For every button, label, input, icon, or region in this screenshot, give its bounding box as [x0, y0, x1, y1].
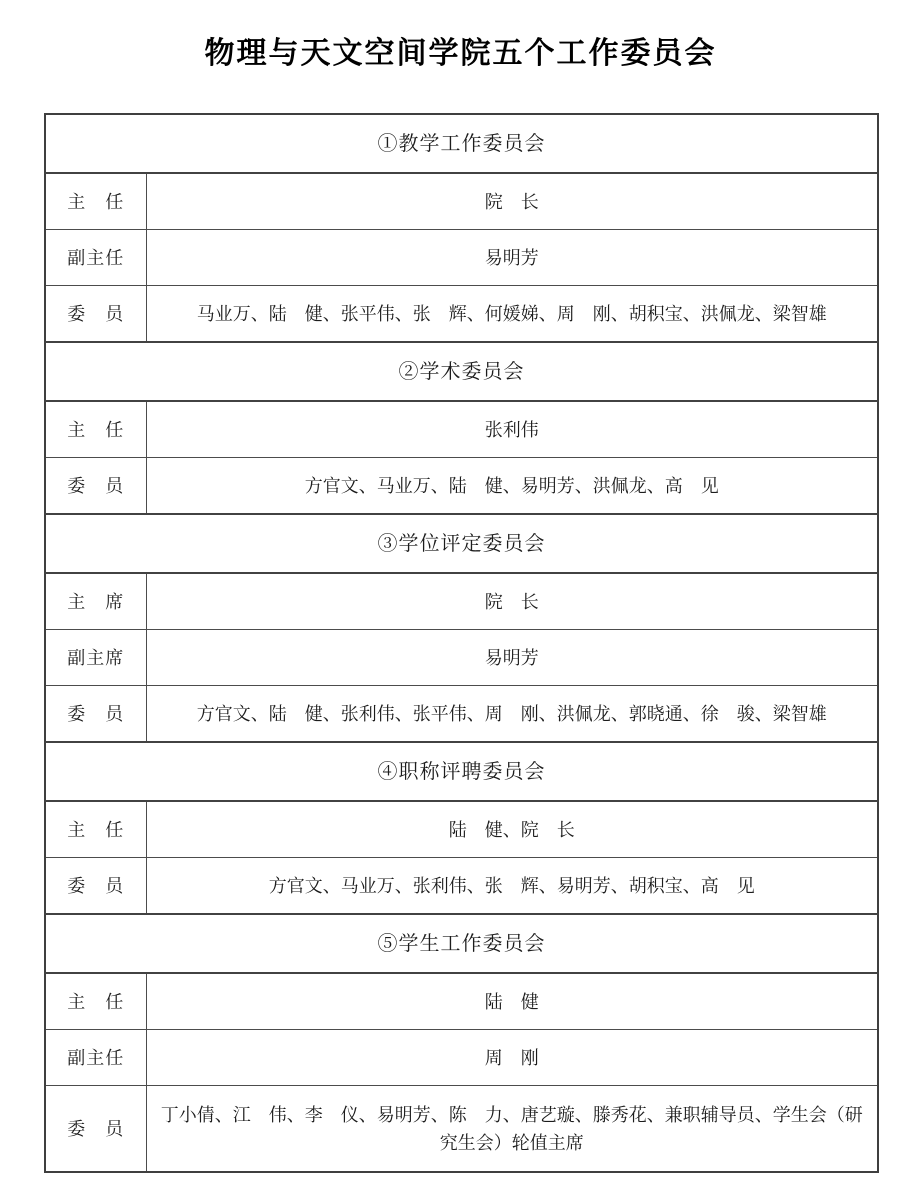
role-value: 周 刚: [146, 1030, 878, 1086]
table-row: 副主任 易明芳: [45, 230, 878, 286]
section-title: ②学术委员会: [45, 342, 878, 401]
role-label: 副主席: [45, 630, 146, 686]
role-label: 委 员: [45, 1086, 146, 1173]
table-row: 主 席 院 长: [45, 573, 878, 630]
table-row: 委 员 方官文、陆 健、张利伟、张平伟、周 刚、洪佩龙、郭晓通、徐 骏、梁智雄: [45, 686, 878, 743]
role-value: 方官文、陆 健、张利伟、张平伟、周 刚、洪佩龙、郭晓通、徐 骏、梁智雄: [146, 686, 878, 743]
role-label: 委 员: [45, 286, 146, 343]
role-value: 丁小倩、江 伟、李 仪、易明芳、陈 力、唐艺璇、滕秀花、兼职辅导员、学生会（研究…: [146, 1086, 878, 1173]
page-title: 物理与天文空间学院五个工作委员会: [0, 28, 921, 72]
table-row: 主 任 张利伟: [45, 401, 878, 458]
role-value: 马业万、陆 健、张平伟、张 辉、何媛娣、周 刚、胡积宝、洪佩龙、梁智雄: [146, 286, 878, 343]
role-value: 陆 健: [146, 973, 878, 1030]
role-value: 易明芳: [146, 630, 878, 686]
role-label: 主 任: [45, 173, 146, 230]
table-row: 委 员 方官文、马业万、张利伟、张 辉、易明芳、胡积宝、高 见: [45, 858, 878, 915]
role-label: 委 员: [45, 858, 146, 915]
section-title: ③学位评定委员会: [45, 514, 878, 573]
role-label: 副主任: [45, 1030, 146, 1086]
role-value: 陆 健、院 长: [146, 801, 878, 858]
table-row: 委 员 丁小倩、江 伟、李 仪、易明芳、陈 力、唐艺璇、滕秀花、兼职辅导员、学生…: [45, 1086, 878, 1173]
section-title: ①教学工作委员会: [45, 114, 878, 173]
section-header-student: ⑤学生工作委员会: [45, 914, 878, 973]
role-label: 主 任: [45, 973, 146, 1030]
role-label: 主 任: [45, 401, 146, 458]
section-header-academic: ②学术委员会: [45, 342, 878, 401]
role-value: 方官文、马业万、张利伟、张 辉、易明芳、胡积宝、高 见: [146, 858, 878, 915]
table-row: 主 任 陆 健、院 长: [45, 801, 878, 858]
role-value: 院 长: [146, 173, 878, 230]
section-title: ⑤学生工作委员会: [45, 914, 878, 973]
section-title: ④职称评聘委员会: [45, 742, 878, 801]
role-label: 主 任: [45, 801, 146, 858]
table-row: 委 员 马业万、陆 健、张平伟、张 辉、何媛娣、周 刚、胡积宝、洪佩龙、梁智雄: [45, 286, 878, 343]
role-label: 委 员: [45, 458, 146, 515]
role-label: 副主任: [45, 230, 146, 286]
section-header-degree: ③学位评定委员会: [45, 514, 878, 573]
table-row: 主 任 院 长: [45, 173, 878, 230]
section-header-title-appointment: ④职称评聘委员会: [45, 742, 878, 801]
table-row: 副主席 易明芳: [45, 630, 878, 686]
role-label: 主 席: [45, 573, 146, 630]
role-value: 方官文、马业万、陆 健、易明芳、洪佩龙、高 见: [146, 458, 878, 515]
role-value: 张利伟: [146, 401, 878, 458]
table-row: 主 任 陆 健: [45, 973, 878, 1030]
committees-table: ①教学工作委员会 主 任 院 长 副主任 易明芳 委 员 马业万、陆 健、张平伟…: [44, 113, 879, 1173]
section-header-teaching: ①教学工作委员会: [45, 114, 878, 173]
table-row: 委 员 方官文、马业万、陆 健、易明芳、洪佩龙、高 见: [45, 458, 878, 515]
role-value: 院 长: [146, 573, 878, 630]
table-row: 副主任 周 刚: [45, 1030, 878, 1086]
role-value: 易明芳: [146, 230, 878, 286]
role-label: 委 员: [45, 686, 146, 743]
